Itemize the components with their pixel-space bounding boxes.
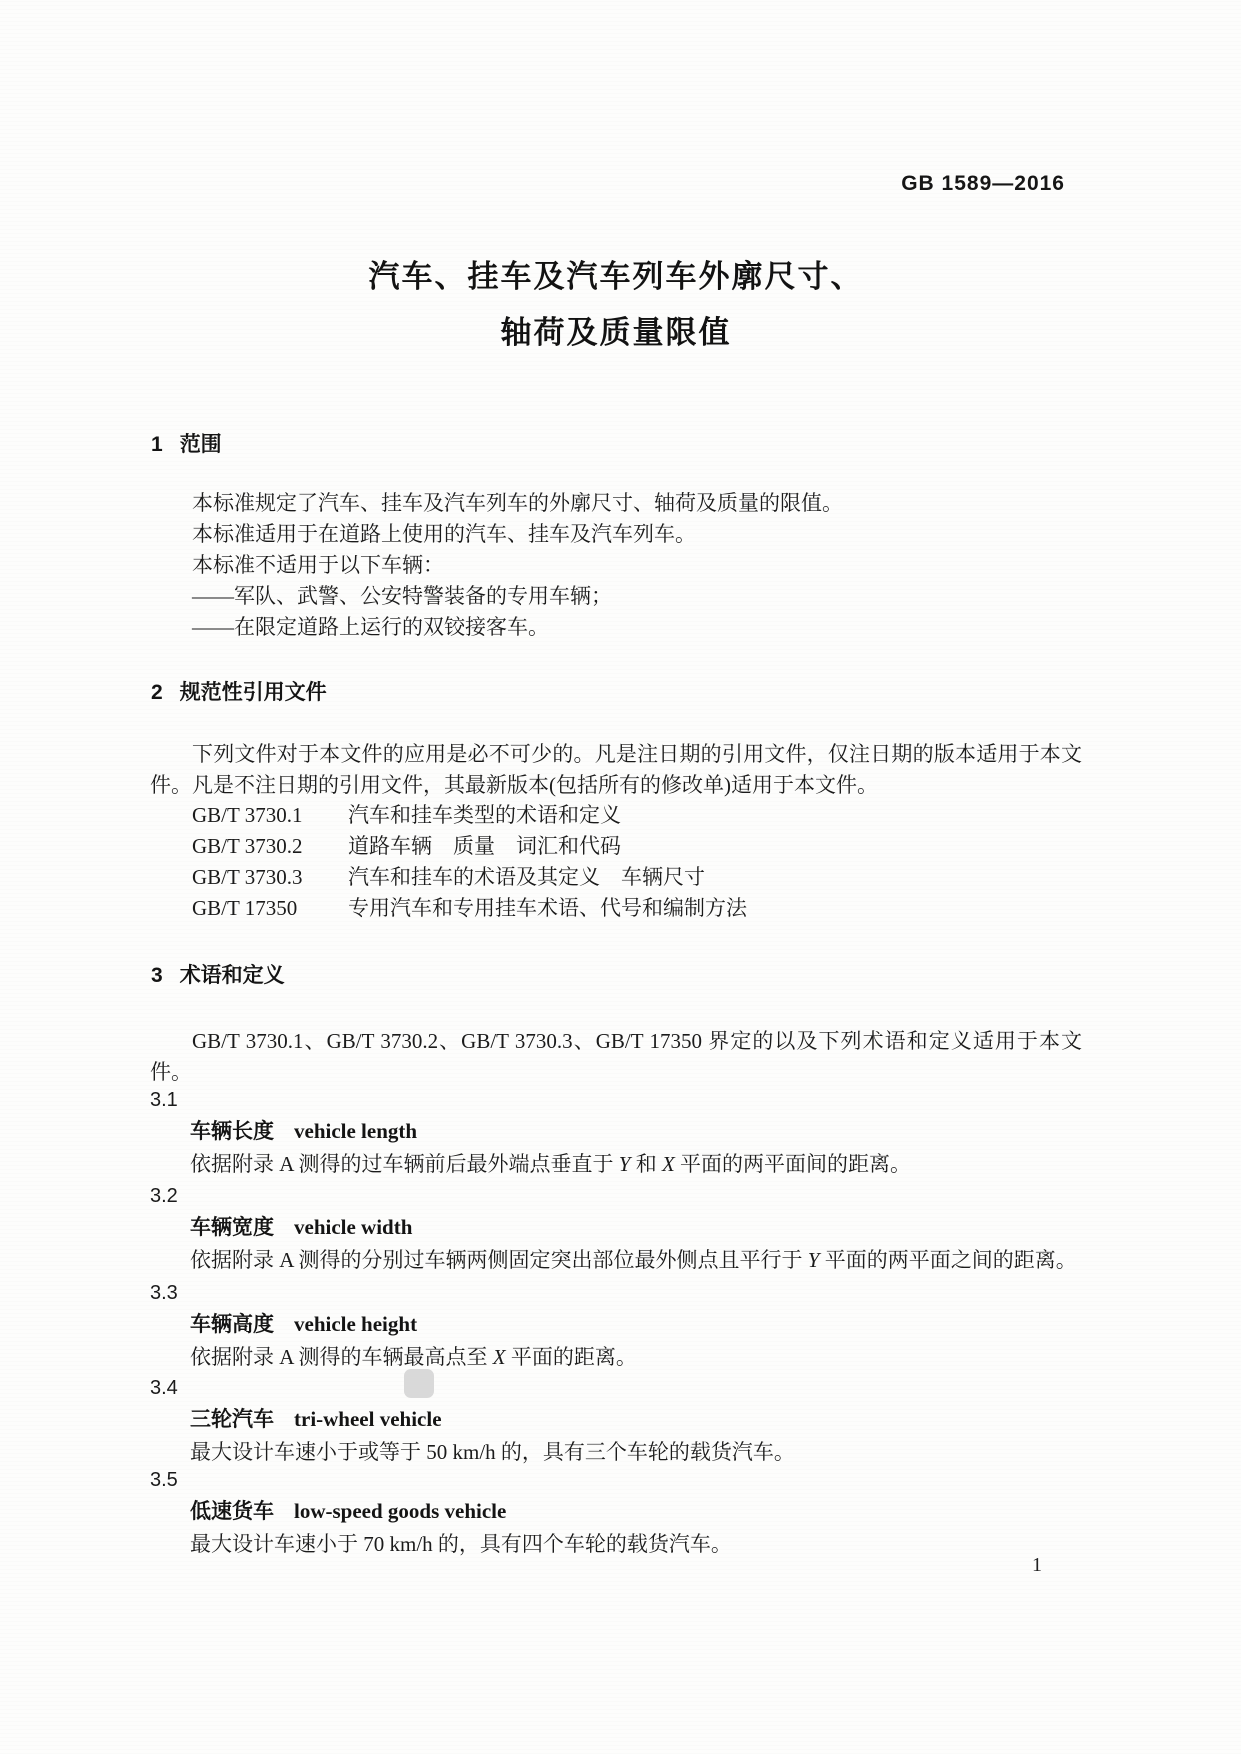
scope-paragraph: 本标准不适用于以下车辆： [150, 550, 843, 581]
reference-title: 道路车辆 质量 词汇和代码 [348, 834, 621, 858]
def-variable: X [662, 1152, 675, 1176]
term-3-5: 3.5 低速货车low-speed goods vehicle 最大设计车速小于… [150, 1465, 732, 1560]
def-text: 平面的距离。 [506, 1345, 637, 1369]
def-text: 和 [630, 1152, 662, 1176]
term-definition: 依据附录 A 测得的过车辆前后最外端点垂直于 Y 和 X 平面的两平面间的距离。 [150, 1149, 911, 1180]
reference-item: GB/T 3730.2道路车辆 质量 词汇和代码 [150, 831, 747, 862]
reference-title: 汽车和挂车的术语及其定义 车辆尺寸 [348, 865, 705, 889]
def-text: 依据附录 A 测得的过车辆前后最外端点垂直于 [190, 1152, 619, 1176]
term-name-en: vehicle width [294, 1215, 412, 1239]
def-variable: Y [619, 1152, 631, 1176]
term-name-zh: 低速货车 [190, 1500, 274, 1523]
def-text: 平面的两平面间的距离。 [675, 1152, 911, 1176]
terms-intro: GB/T 3730.1、GB/T 3730.2、GB/T 3730.3、GB/T… [150, 1026, 1082, 1087]
term-name-en: tri-wheel vehicle [294, 1407, 442, 1431]
reference-code: GB/T 3730.2 [192, 831, 348, 862]
reference-code: GB/T 3730.1 [192, 800, 348, 831]
term-number: 3.3 [150, 1278, 637, 1309]
section-2-heading: 2规范性引用文件 [151, 677, 327, 708]
term-name: 三轮汽车tri-wheel vehicle [150, 1404, 795, 1437]
reference-title: 专用汽车和专用挂车术语、代号和编制方法 [348, 896, 747, 920]
references-intro: 下列文件对于本文件的应用是必不可少的。凡是注日期的引用文件，仅注日期的版本适用于… [150, 739, 1082, 800]
term-3-1: 3.1 车辆长度vehicle length 依据附录 A 测得的过车辆前后最外… [150, 1085, 911, 1180]
term-definition: 最大设计车速小于 70 km/h 的，具有四个车轮的载货汽车。 [150, 1529, 732, 1560]
references-list: GB/T 3730.1汽车和挂车类型的术语和定义 GB/T 3730.2道路车辆… [150, 800, 747, 924]
document-title-line-1: 汽车、挂车及汽车列车外廓尺寸、 [150, 249, 1082, 305]
term-number: 3.4 [150, 1373, 795, 1404]
term-3-3: 3.3 车辆高度vehicle height 依据附录 A 测得的车辆最高点至 … [150, 1278, 637, 1373]
term-3-2: 3.2 车辆宽度vehicle width 依据附录 A 测得的分别过车辆两侧固… [150, 1181, 1077, 1276]
page-number: 1 [1032, 1553, 1042, 1577]
def-variable: Y [808, 1248, 820, 1272]
term-name-zh: 车辆宽度 [190, 1216, 274, 1239]
def-text: 依据附录 A 测得的分别过车辆两侧固定突出部位最外侧点且平行于 [190, 1248, 808, 1272]
reference-item: GB/T 3730.3汽车和挂车的术语及其定义 车辆尺寸 [150, 862, 747, 893]
section-3-title: 术语和定义 [180, 964, 285, 987]
term-definition: 最大设计车速小于或等于 50 km/h 的，具有三个车轮的载货汽车。 [150, 1437, 795, 1468]
section-1-number: 1 [151, 433, 163, 456]
standard-code: GB 1589—2016 [901, 172, 1065, 196]
reference-title: 汽车和挂车类型的术语和定义 [348, 803, 621, 827]
scope-paragraph: 本标准规定了汽车、挂车及汽车列车的外廓尺寸、轴荷及质量的限值。 [150, 488, 843, 519]
scope-paragraph: 本标准适用于在道路上使用的汽车、挂车及汽车列车。 [150, 519, 843, 550]
term-name-zh: 车辆长度 [190, 1120, 274, 1143]
reference-code: GB/T 17350 [192, 893, 348, 924]
document-page: GB 1589—2016 汽车、挂车及汽车列车外廓尺寸、 轴荷及质量限值 1范围… [0, 0, 1241, 1754]
def-text: 最大设计车速小于或等于 50 km/h 的，具有三个车轮的载货汽车。 [190, 1440, 795, 1464]
term-name: 车辆长度vehicle length [150, 1116, 911, 1149]
section-2-number: 2 [151, 681, 163, 704]
term-name-en: low-speed goods vehicle [294, 1499, 506, 1523]
reference-code: GB/T 3730.3 [192, 862, 348, 893]
section-2-title: 规范性引用文件 [180, 681, 327, 704]
term-number: 3.5 [150, 1465, 732, 1496]
section-1-heading: 1范围 [151, 429, 222, 460]
scope-list-item: ——军队、武警、公安特警装备的专用车辆； [150, 581, 843, 612]
term-name-zh: 车辆高度 [190, 1313, 274, 1336]
term-3-4: 3.4 三轮汽车tri-wheel vehicle 最大设计车速小于或等于 50… [150, 1373, 795, 1468]
term-name-en: vehicle height [294, 1312, 417, 1336]
reference-item: GB/T 3730.1汽车和挂车类型的术语和定义 [150, 800, 747, 831]
def-text: 依据附录 A 测得的车辆最高点至 [190, 1345, 493, 1369]
term-number: 3.1 [150, 1085, 911, 1116]
section-3-heading: 3术语和定义 [151, 960, 285, 991]
section-1-body: 本标准规定了汽车、挂车及汽车列车的外廓尺寸、轴荷及质量的限值。 本标准适用于在道… [150, 488, 843, 643]
term-name-en: vehicle length [294, 1119, 417, 1143]
reference-item: GB/T 17350专用汽车和专用挂车术语、代号和编制方法 [150, 893, 747, 924]
term-name: 低速货车low-speed goods vehicle [150, 1496, 732, 1529]
term-definition: 依据附录 A 测得的分别过车辆两侧固定突出部位最外侧点且平行于 Y 平面的两平面… [150, 1245, 1077, 1276]
document-title-line-2: 轴荷及质量限值 [150, 305, 1082, 361]
term-number: 3.2 [150, 1181, 1077, 1212]
scope-list-item: ——在限定道路上运行的双铰接客车。 [150, 612, 843, 643]
def-text: 平面的两平面之间的距离。 [819, 1248, 1076, 1272]
def-variable: X [493, 1345, 506, 1369]
term-name-zh: 三轮汽车 [190, 1408, 274, 1431]
document-title: 汽车、挂车及汽车列车外廓尺寸、 轴荷及质量限值 [150, 249, 1082, 361]
section-1-title: 范围 [180, 433, 222, 456]
term-name: 车辆高度vehicle height [150, 1309, 637, 1342]
term-definition: 依据附录 A 测得的车辆最高点至 X 平面的距离。 [150, 1342, 637, 1373]
def-text: 最大设计车速小于 70 km/h 的，具有四个车轮的载货汽车。 [190, 1532, 732, 1556]
section-3-number: 3 [151, 964, 163, 987]
term-name: 车辆宽度vehicle width [150, 1212, 1077, 1245]
